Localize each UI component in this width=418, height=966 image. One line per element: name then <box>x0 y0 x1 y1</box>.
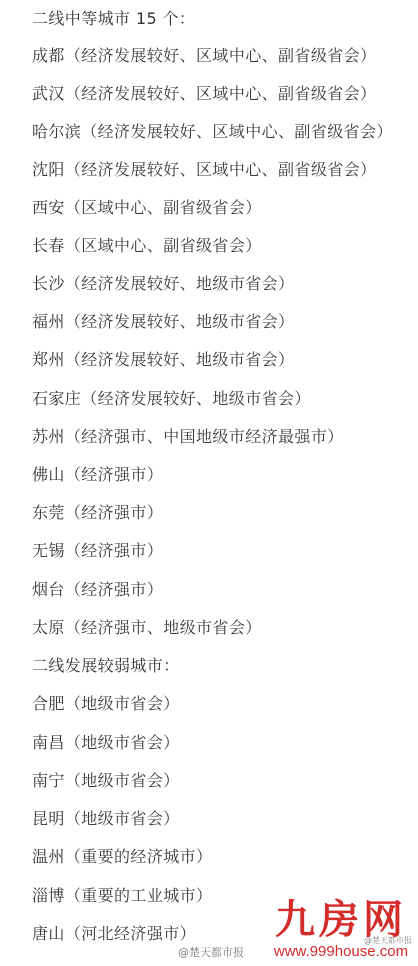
city-description: （区域中心、副省级省会） <box>65 236 262 255</box>
city-description: （经济强市） <box>65 465 163 484</box>
section-heading-weak-cities: 二线发展较弱城市： <box>32 654 180 678</box>
city-name: 苏州 <box>32 427 65 446</box>
city-line: 南昌（地级市省会） <box>32 731 180 755</box>
city-description: （经济发展较好、区域中心、副省级省会） <box>65 46 377 65</box>
city-description: （重要的工业城市） <box>65 886 213 905</box>
city-name: 沈阳 <box>32 160 65 179</box>
city-name: 南昌 <box>32 733 65 752</box>
city-line: 沈阳（经济发展较好、区域中心、副省级省会） <box>32 158 376 182</box>
city-description: （经济发展较好、区域中心、副省级省会） <box>65 84 377 103</box>
city-line: 昆明（地级市省会） <box>32 807 180 831</box>
city-description: （经济强市、中国地级市经济最强市） <box>65 427 344 446</box>
city-line: 温州（重要的经济城市） <box>32 845 212 869</box>
city-line: 福州（经济发展较好、地级市省会） <box>32 310 294 334</box>
city-line: 苏州（经济强市、中国地级市经济最强市） <box>32 425 344 449</box>
heading-text: 二线发展较弱城市： <box>32 656 180 675</box>
city-description: （区域中心、副省级省会） <box>65 198 262 217</box>
city-description: （经济发展较好、地级市省会） <box>65 312 295 331</box>
city-description: （经济发展较好、地级市省会） <box>65 274 295 293</box>
city-description: （经济发展较好、地级市省会） <box>65 350 295 369</box>
city-name: 哈尔滨 <box>32 122 81 141</box>
city-name: 合肥 <box>32 694 65 713</box>
city-name: 东莞 <box>32 503 65 522</box>
city-line: 郑州（经济发展较好、地级市省会） <box>32 348 294 372</box>
city-name: 郑州 <box>32 350 65 369</box>
city-line: 哈尔滨（经济发展较好、区域中心、副省级省会） <box>32 120 393 144</box>
city-line: 合肥（地级市省会） <box>32 692 180 716</box>
city-name: 长春 <box>32 236 65 255</box>
city-name: 烟台 <box>32 580 65 599</box>
city-line: 东莞（经济强市） <box>32 501 163 525</box>
city-description: （地级市省会） <box>65 733 180 752</box>
city-line: 唐山（河北经济强市） <box>32 922 196 946</box>
city-name: 淄博 <box>32 886 65 905</box>
city-description: （经济强市） <box>65 541 163 560</box>
city-description: （经济强市、地级市省会） <box>65 618 262 637</box>
city-description: （经济强市） <box>65 580 163 599</box>
city-line: 石家庄（经济发展较好、地级市省会） <box>32 387 311 411</box>
city-name: 西安 <box>32 198 65 217</box>
city-line: 南宁（地级市省会） <box>32 769 180 793</box>
city-line: 烟台（经济强市） <box>32 578 163 602</box>
heading-text: 二线中等城市 15 个： <box>32 9 195 28</box>
city-line: 太原（经济强市、地级市省会） <box>32 616 262 640</box>
city-name: 唐山 <box>32 924 65 943</box>
section-heading-medium-cities: 二线中等城市 15 个： <box>32 7 195 31</box>
city-line: 淄博（重要的工业城市） <box>32 884 212 908</box>
city-name: 无锡 <box>32 541 65 560</box>
city-line: 武汉（经济发展较好、区域中心、副省级省会） <box>32 82 376 106</box>
city-line: 西安（区域中心、副省级省会） <box>32 196 262 220</box>
city-name: 太原 <box>32 618 65 637</box>
city-description: （重要的经济城市） <box>65 847 213 866</box>
city-name: 武汉 <box>32 84 65 103</box>
city-name: 长沙 <box>32 274 65 293</box>
city-name: 成都 <box>32 46 65 65</box>
city-description: （地级市省会） <box>65 809 180 828</box>
site-logo-watermark: 九房网 @楚天都市报 www.999house.com <box>266 898 416 966</box>
city-line: 无锡（经济强市） <box>32 539 163 563</box>
city-description: （经济强市） <box>65 503 163 522</box>
city-line: 长春（区域中心、副省级省会） <box>32 234 262 258</box>
city-description: （经济发展较好、区域中心、副省级省会） <box>65 160 377 179</box>
city-name: 昆明 <box>32 809 65 828</box>
city-description: （地级市省会） <box>65 771 180 790</box>
city-description: （经济发展较好、地级市省会） <box>81 389 311 408</box>
logo-url: www.999house.com <box>266 943 416 961</box>
weibo-source-watermark: @楚天都市报 <box>178 944 244 960</box>
city-name: 福州 <box>32 312 65 331</box>
city-line: 成都（经济发展较好、区域中心、副省级省会） <box>32 44 376 68</box>
city-name: 南宁 <box>32 771 65 790</box>
city-name: 温州 <box>32 847 65 866</box>
city-description: （河北经济强市） <box>65 924 196 943</box>
city-description: （经济发展较好、区域中心、副省级省会） <box>81 122 393 141</box>
city-line: 佛山（经济强市） <box>32 463 163 487</box>
city-line: 长沙（经济发展较好、地级市省会） <box>32 272 294 296</box>
city-description: （地级市省会） <box>65 694 180 713</box>
city-name: 佛山 <box>32 465 65 484</box>
city-name: 石家庄 <box>32 389 81 408</box>
